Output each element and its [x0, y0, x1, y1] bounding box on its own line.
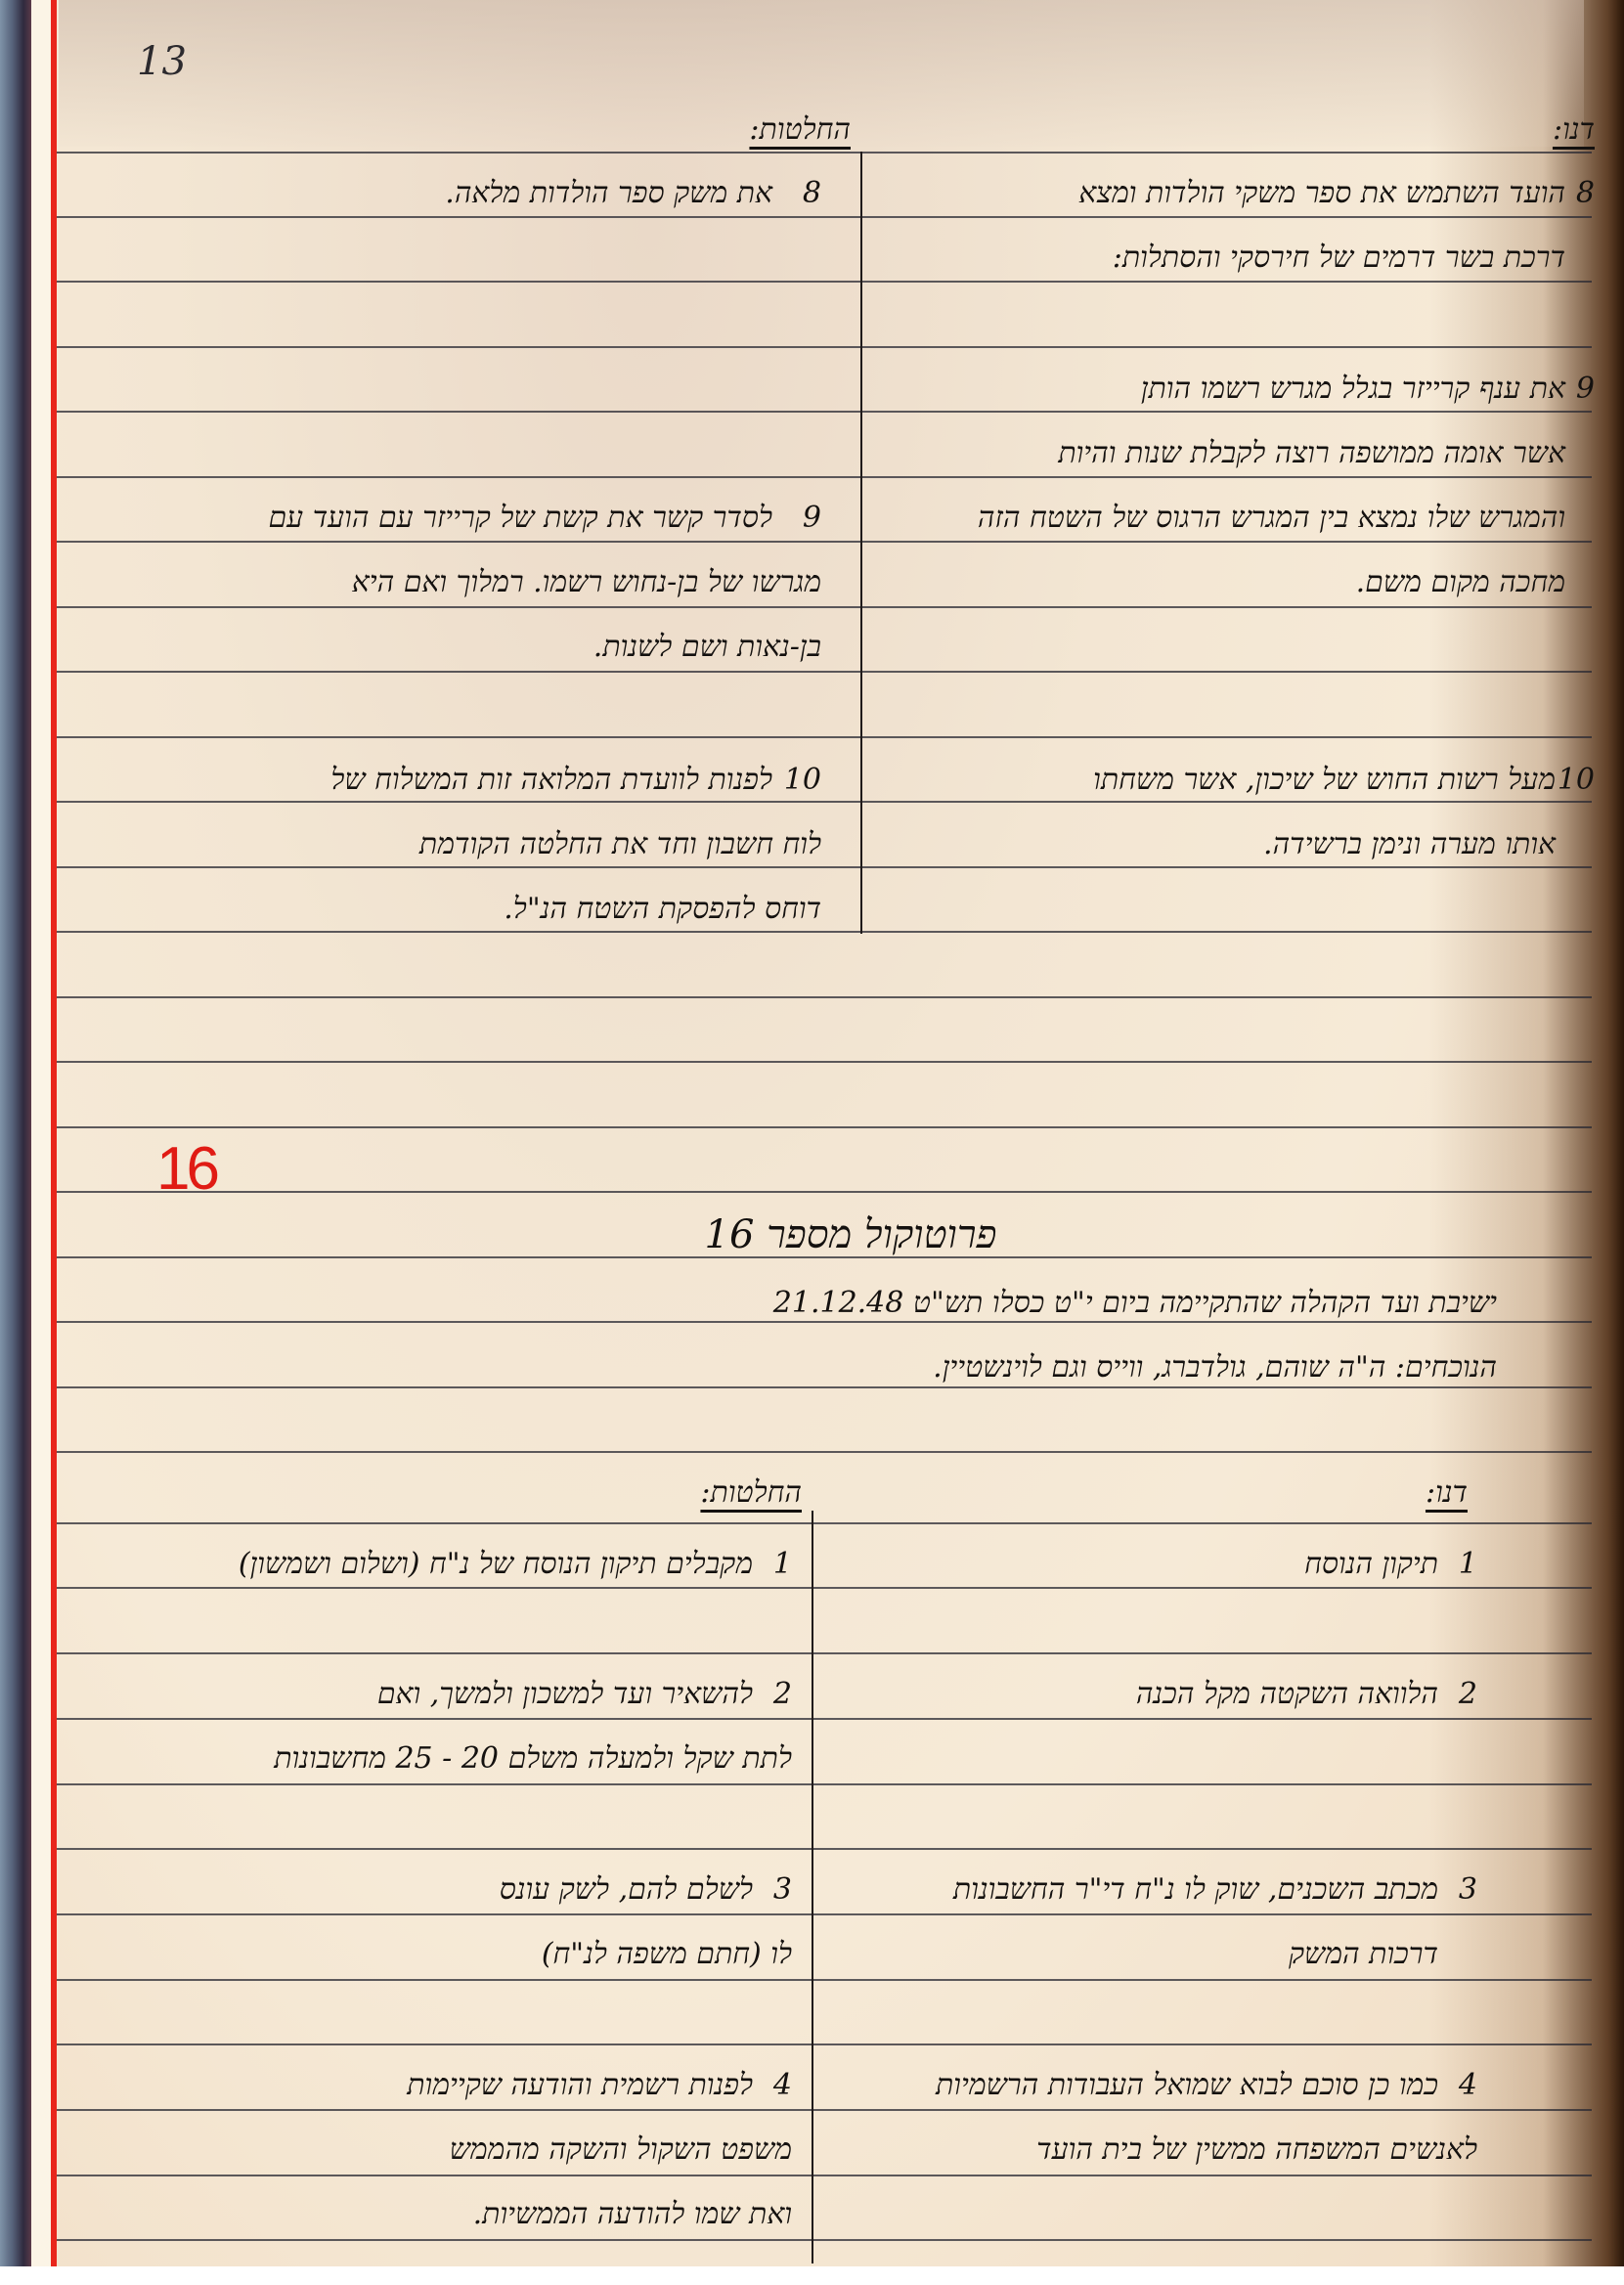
ruled-line [57, 1191, 1592, 1193]
ledger-page: 13 16 דנו: החלטות: הועד השתמש את ספר משק… [0, 0, 1624, 2266]
bottom-decided-header: החלטות: [616, 1461, 802, 1525]
item-number: 10 [1556, 748, 1595, 813]
ruled-line [57, 1451, 1592, 1453]
item-line: לוח חשבון וחד את החלטה הקודמת [156, 813, 821, 877]
item-number: 9 [782, 486, 821, 550]
ruled-line [57, 736, 1592, 738]
item-line: לפנות לוועדת המלואה זות המשלוח של [108, 748, 772, 813]
ruled-line [57, 1848, 1592, 1850]
top-decided-header: החלטות: [626, 98, 851, 162]
scan-border [0, 2266, 1624, 2285]
item-line: הלוואה השקטה מקל הכנה [852, 1662, 1438, 1727]
item-number: 4 [1448, 2053, 1477, 2118]
item-line: לסדר קשר את קשת של קרייזר עם הועד עם [98, 486, 772, 550]
ruled-line [57, 1652, 1592, 1654]
top-discussed-header: דנו: [1301, 98, 1595, 162]
item-line: לו (חתם משפה לנ"ח) [254, 1922, 792, 1987]
item-line: להשאיר ועד למשכון ולמשך, ואם [98, 1662, 753, 1727]
item-line: ואת שמו להודעה הממשיות. [235, 2182, 792, 2247]
item-number: 2 [1448, 1662, 1477, 1727]
item-line: לתת שקל ולמעלה משלם 20 - 25 מחשבונות [59, 1727, 792, 1791]
ruled-line [57, 1061, 1592, 1063]
meeting-line: ישיבת ועד הקהלה שהתקיימה ביום י"ט כסלו ת… [421, 1271, 1497, 1336]
item-number: 3 [1448, 1858, 1477, 1922]
top-table-column-divider [860, 152, 862, 934]
item-number: 10 [772, 748, 821, 813]
ruled-line [57, 931, 1592, 933]
item-line: תיקון הנוסח [852, 1532, 1438, 1597]
attendees-line: הנוכחים: ה"ה שוהם, גולדברג, ווייס וגם לו… [421, 1336, 1497, 1400]
red-section-number: 16 [156, 1134, 216, 1204]
item-number: 3 [753, 1858, 792, 1922]
item-line: מגרשו של בן-נחוש רשמו. רמלוך ואם היא [98, 550, 821, 615]
item-line: מחכה מקום משם. [891, 550, 1565, 615]
book-binding-edge [0, 0, 31, 2266]
item-line: מקבלים תיקון הנוסח של נ"ח (ושלום ושמשון) [59, 1532, 753, 1597]
item-line: לפנות רשמית והודעה שקיימות [98, 2053, 753, 2118]
ruled-line [57, 2043, 1592, 2045]
item-number: 2 [753, 1662, 792, 1727]
protocol-title: פרוטוקול מספר 16 [548, 1203, 1154, 1267]
item-line: לשלם להם, לשק עונס [156, 1858, 753, 1922]
item-line: אותו מערה ונימן ברשידה. [891, 813, 1556, 877]
item-line: משפט השקול והשקה מהממש [137, 2118, 792, 2182]
item-line: מכתב השכנים, שוק לו נ"ח די"ר החשבונות [812, 1858, 1438, 1922]
item-line: לאנשים המשפחה ממשין של בית הועד [812, 2118, 1477, 2182]
ruled-line [57, 1126, 1592, 1128]
item-line: את ענף קרייזר בגלל מגרש רשמו הותן [891, 357, 1565, 421]
item-line: כמו כן סוכם לבוא שמואל העבודות הרשמיות [812, 2053, 1438, 2118]
item-number: 8 [782, 161, 821, 226]
item-line: אשר אומה ממושפה רוצה לקבלת שנות והיות [891, 421, 1565, 486]
item-number: 8 [1565, 161, 1595, 226]
ruled-line [57, 671, 1592, 673]
item-line: הועד השתמש את ספר משקי הולדות ומצא [891, 161, 1565, 226]
page-number: 13 [137, 39, 187, 84]
item-line: בן-נאות ושם לשנות. [293, 615, 821, 680]
item-line: דרכת בשר דרמים של חירסקי והסתלות: [891, 226, 1565, 290]
item-line: את משק ספר הולדות מלאה. [293, 161, 772, 226]
margin-strip [31, 0, 51, 2266]
item-line: מעל רשות החוש של שיכון, אשר משחתו [891, 748, 1556, 813]
red-margin-line [51, 0, 57, 2266]
bottom-discussed-header: דנו: [1272, 1461, 1468, 1525]
item-number: 9 [1565, 357, 1595, 421]
ruled-line [57, 996, 1592, 998]
ruled-line [57, 346, 1592, 348]
item-line: דרכות המשק [812, 1922, 1438, 1987]
item-line: והמגרש שלו נמצא בין המגרש הרגוס של השטח … [891, 486, 1565, 550]
item-line: דוחס להפסקת השטח הנ"ל. [332, 877, 821, 942]
item-number: 1 [1448, 1532, 1477, 1597]
item-number: 4 [753, 2053, 792, 2118]
item-number: 1 [753, 1532, 792, 1597]
